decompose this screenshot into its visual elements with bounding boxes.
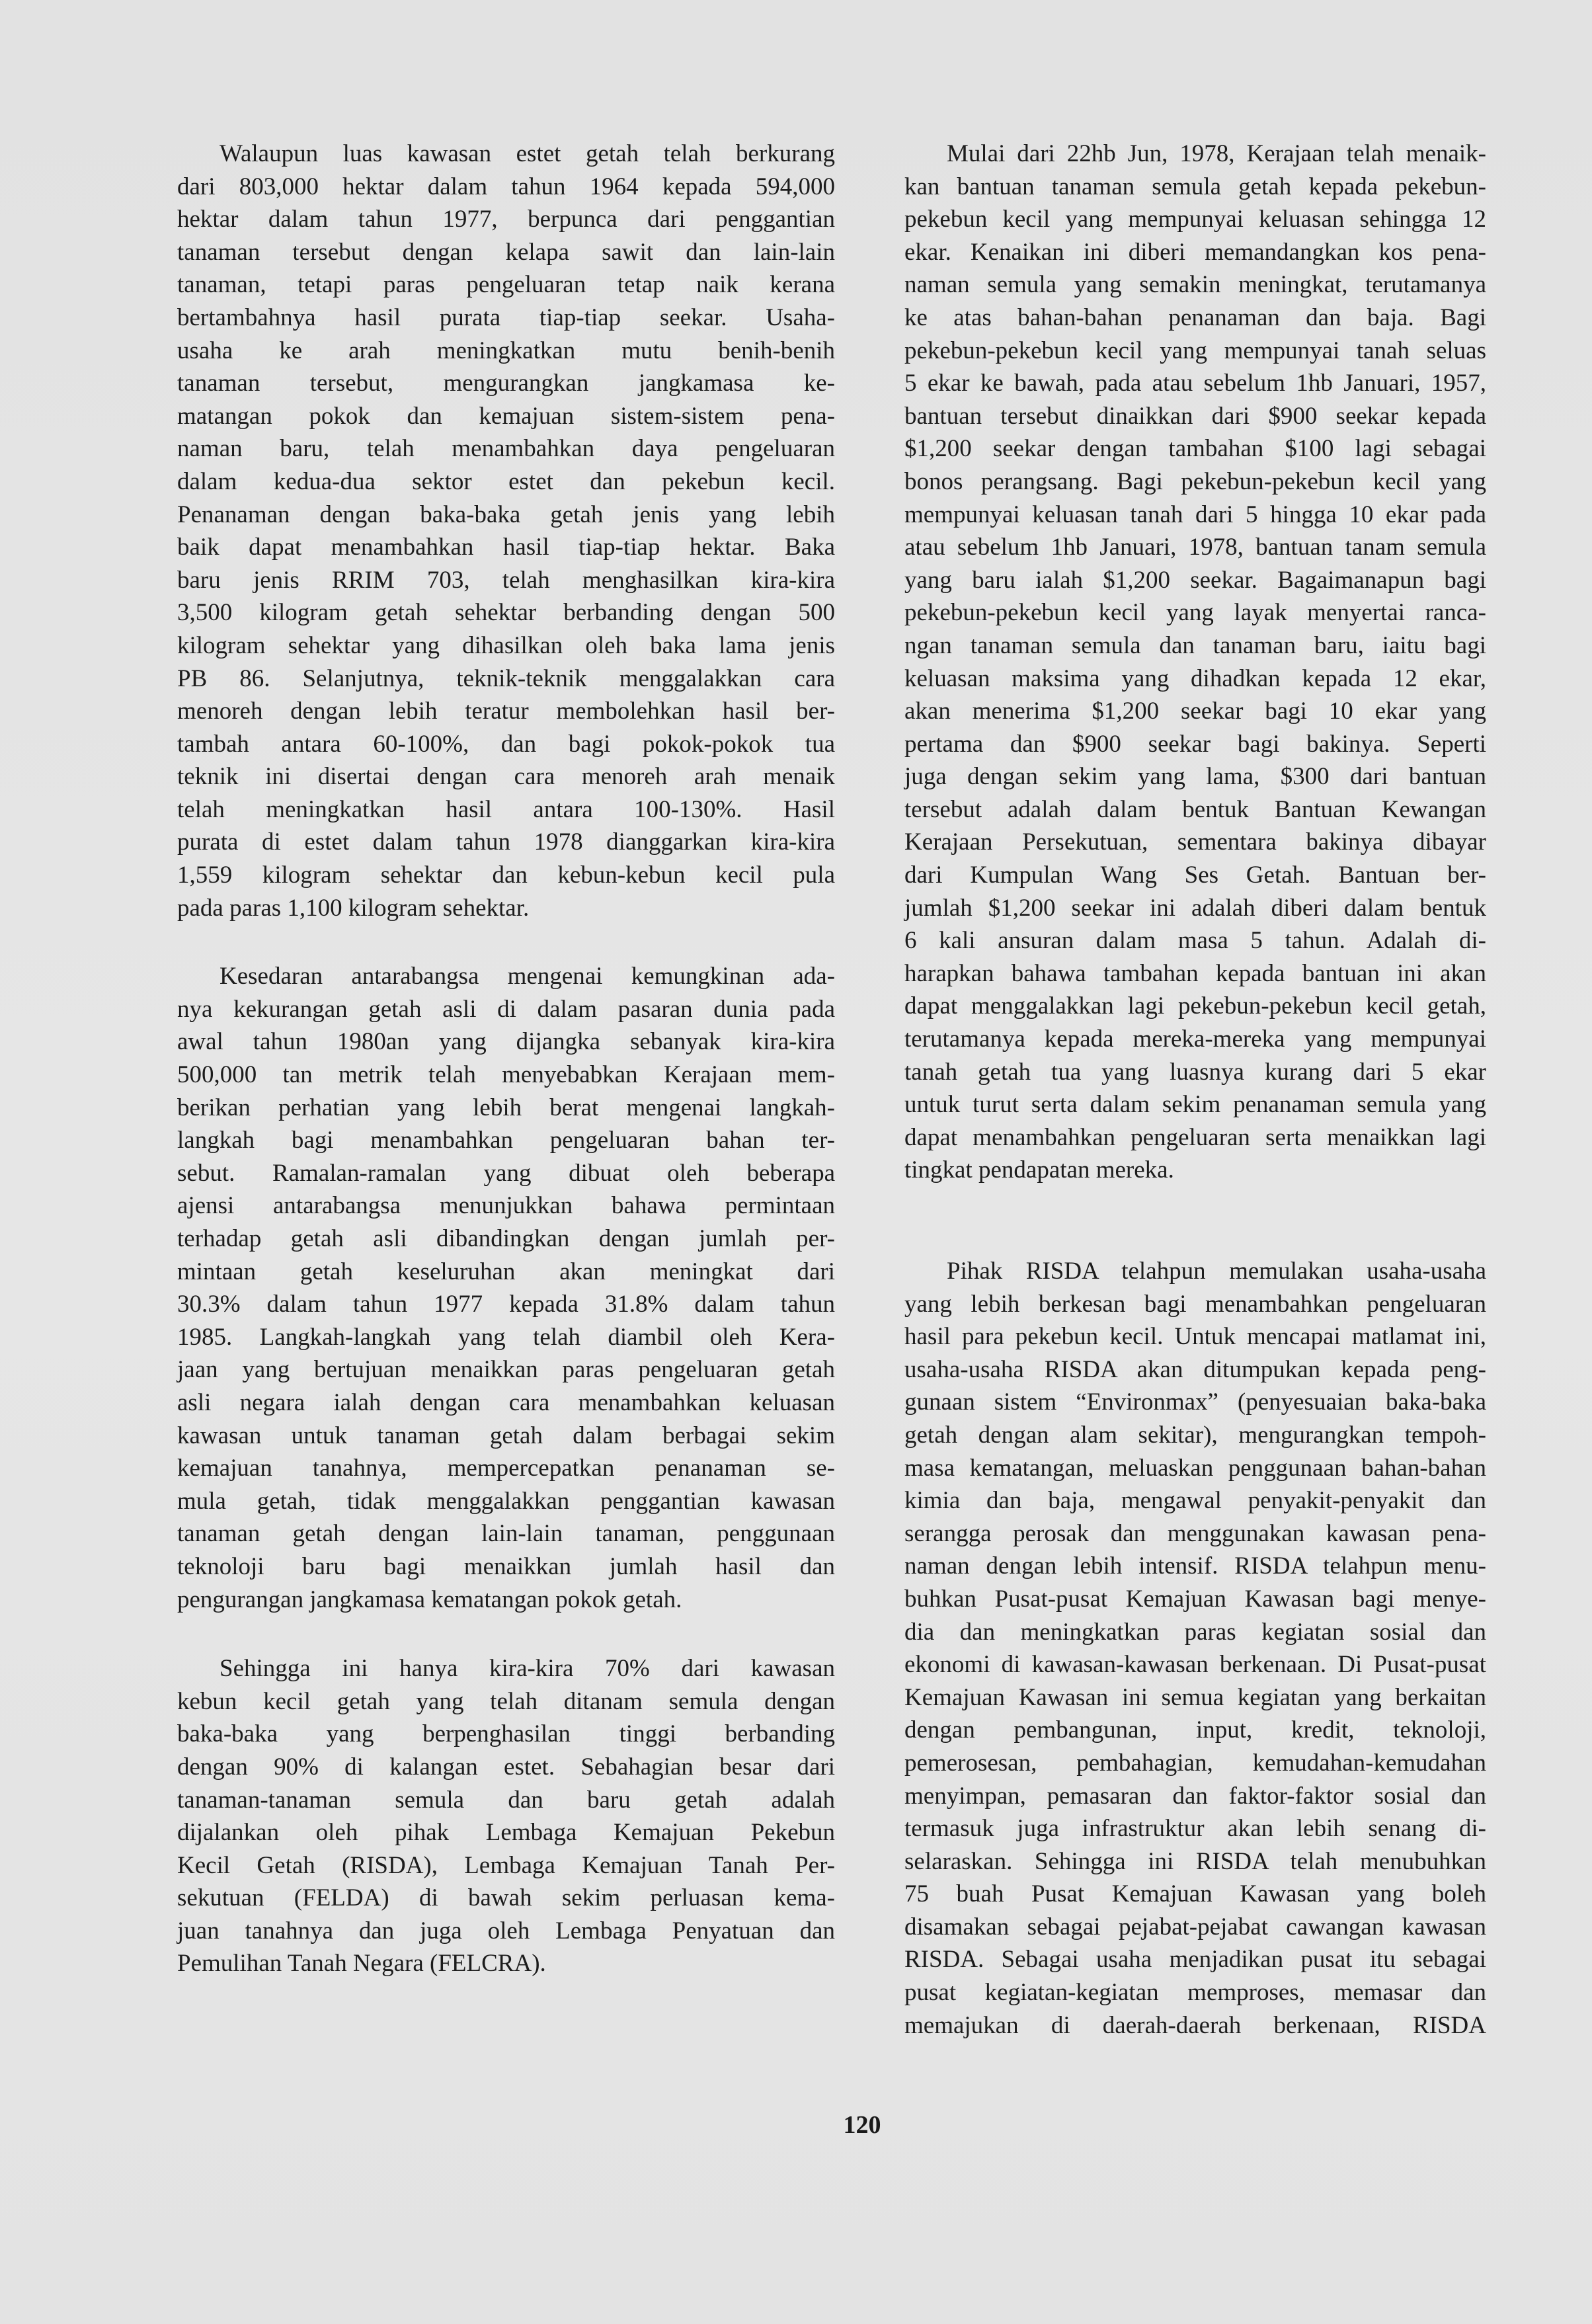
text-line: keluasan maksima yang dihadkan kepada 12… xyxy=(904,662,1486,696)
text-line: terhadap getah asli dibandingkan dengan … xyxy=(177,1222,835,1256)
paragraph-international-awareness: Kesedaran antarabangsa mengenai kemungki… xyxy=(177,960,835,1616)
text-line: terutamanya kepada mereka-mereka yang me… xyxy=(904,1023,1486,1056)
text-line: bonos perangsang. Bagi pekebun-pekebun k… xyxy=(904,465,1486,499)
text-line: dia dan meningkatkan paras kegiatan sosi… xyxy=(904,1616,1486,1649)
text-line: jaan yang bertujuan menaikkan paras peng… xyxy=(177,1353,835,1386)
text-line: naman semula yang semakin meningkat, ter… xyxy=(904,268,1486,301)
text-line: mintaan getah keseluruhan akan meningkat… xyxy=(177,1256,835,1289)
text-line: sebut. Ramalan-ramalan yang dibuat oleh … xyxy=(177,1157,835,1190)
text-line: pekebun kecil yang mempunyai keluasan se… xyxy=(904,203,1486,236)
paragraph-spacer xyxy=(177,1616,835,1652)
text-line: tanaman-tanaman semula dan baru getah ad… xyxy=(177,1784,835,1817)
text-line: kebun kecil getah yang telah ditanam sem… xyxy=(177,1685,835,1718)
text-line: serangga perosak dan menggunakan kawasan… xyxy=(904,1517,1486,1550)
text-line: kan bantuan tanaman semula getah kepada … xyxy=(904,171,1486,204)
text-line: 1,559 kilogram sehektar dan kebun-kebun … xyxy=(177,859,835,892)
paragraph-replanting-grant: Mulai dari 22hb Jun, 1978, Kerajaan tela… xyxy=(904,138,1486,1187)
text-line: dijalankan oleh pihak Lembaga Kemajuan P… xyxy=(177,1816,835,1849)
text-line: Kemajuan Kawasan ini semua kegiatan yang… xyxy=(904,1681,1486,1714)
text-line: termasuk juga infrastruktur akan lebih s… xyxy=(904,1812,1486,1845)
text-line: disamakan sebagai pejabat-pejabat cawang… xyxy=(904,1911,1486,1944)
text-line: ajensi antarabangsa menunjukkan bahawa p… xyxy=(177,1189,835,1222)
text-line: Penanaman dengan baka-baka getah jenis y… xyxy=(177,499,835,532)
text-line: tanaman tersebut, mengurangkan jangkamas… xyxy=(177,367,835,400)
text-line: kilogram sehektar yang dihasilkan oleh b… xyxy=(177,629,835,662)
text-line: naman dengan lebih intensif. RISDA telah… xyxy=(904,1550,1486,1583)
text-line: menoreh dengan lebih teratur membolehkan… xyxy=(177,695,835,728)
text-line: dengan pembangunan, input, kredit, tekno… xyxy=(904,1714,1486,1747)
page-number: 120 xyxy=(829,2110,895,2140)
text-line: buhkan Pusat-pusat Kemajuan Kawasan bagi… xyxy=(904,1583,1486,1616)
text-line: ekar. Kenaikan ini diberi memandangkan k… xyxy=(904,236,1486,269)
text-line: awal tahun 1980an yang dijangka sebanyak… xyxy=(177,1025,835,1059)
text-line: Kesedaran antarabangsa mengenai kemungki… xyxy=(177,960,835,993)
text-line: Pihak RISDA telahpun memulakan usaha-usa… xyxy=(904,1255,1486,1288)
text-line: teknik ini disertai dengan cara menoreh … xyxy=(177,760,835,793)
text-line: akan menerima $1,200 seekar bagi 10 ekar… xyxy=(904,695,1486,728)
text-line: PB 86. Selanjutnya, teknik-teknik mengga… xyxy=(177,662,835,696)
text-line: hasil para pekebun kecil. Untuk mencapai… xyxy=(904,1320,1486,1353)
text-line: sekutuan (FELDA) di bawah sekim perluasa… xyxy=(177,1882,835,1915)
left-column: Walaupun luas kawasan estet getah telah … xyxy=(177,138,835,1980)
text-line: Mulai dari 22hb Jun, 1978, Kerajaan tela… xyxy=(904,138,1486,171)
text-line: purata di estet dalam tahun 1978 diangga… xyxy=(177,826,835,859)
text-line: nya kekurangan getah asli di dalam pasar… xyxy=(177,993,835,1026)
text-line: 6 kali ansuran dalam masa 5 tahun. Adala… xyxy=(904,924,1486,957)
text-line: jumlah $1,200 seekar ini adalah diberi d… xyxy=(904,892,1486,925)
text-line: harapkan bahawa tambahan kepada bantuan … xyxy=(904,957,1486,990)
paragraph-estate-area: Walaupun luas kawasan estet getah telah … xyxy=(177,138,835,924)
text-line: bantuan tersebut dinaikkan dari $900 see… xyxy=(904,400,1486,433)
text-line: atau sebelum 1hb Januari, 1978, bantuan … xyxy=(904,531,1486,564)
text-line: baik dapat menambahkan hasil tiap-tiap h… xyxy=(177,531,835,564)
text-line: dapat menggalakkan lagi pekebun-pekebun … xyxy=(904,990,1486,1023)
text-line: pusat kegiatan-kegiatan memproses, memas… xyxy=(904,1976,1486,2009)
text-line: RISDA. Sebagai usaha menjadikan pusat it… xyxy=(904,1943,1486,1976)
text-line: tanaman getah dengan lain-lain tanaman, … xyxy=(177,1517,835,1550)
text-line: menyimpan, pemasaran dan faktor-faktor s… xyxy=(904,1780,1486,1813)
text-line: dalam kedua-dua sektor estet dan pekebun… xyxy=(177,465,835,499)
text-line: bertambahnya hasil purata tiap-tiap seek… xyxy=(177,301,835,335)
text-line: Sehingga ini hanya kira-kira 70% dari ka… xyxy=(177,1652,835,1685)
text-line: berikan perhatian yang lebih berat menge… xyxy=(177,1092,835,1125)
text-line: tanah getah tua yang luasnya kurang dari… xyxy=(904,1056,1486,1089)
text-line: asli negara ialah dengan cara menambahka… xyxy=(177,1386,835,1420)
text-line: masa kematangan, meluaskan penggunaan ba… xyxy=(904,1452,1486,1485)
text-line: pekebun-pekebun kecil yang mempunyai tan… xyxy=(904,335,1486,368)
text-line: matangan pokok dan kemajuan sistem-siste… xyxy=(177,400,835,433)
text-line: telah meningkatkan hasil antara 100-130%… xyxy=(177,793,835,826)
text-line: hektar dalam tahun 1977, berpunca dari p… xyxy=(177,203,835,236)
document-page: Walaupun luas kawasan estet getah telah … xyxy=(0,0,1592,2324)
text-line: getah dengan alam sekitar), mengurangkan… xyxy=(904,1419,1486,1452)
text-line: untuk turut serta dalam sekim penanaman … xyxy=(904,1088,1486,1121)
text-line: memajukan di daerah-daerah berkenaan, RI… xyxy=(904,2009,1486,2042)
text-line: ekonomi di kawasan-kawasan berkenaan. Di… xyxy=(904,1648,1486,1681)
text-line: mula getah, tidak menggalakkan pengganti… xyxy=(177,1485,835,1518)
text-line: 75 buah Pusat Kemajuan Kawasan yang bole… xyxy=(904,1878,1486,1911)
text-line: pengurangan jangkamasa kematangan pokok … xyxy=(177,1583,835,1617)
text-line: usaha-usaha RISDA akan ditumpukan kepada… xyxy=(904,1353,1486,1386)
text-line: langkah bagi menambahkan pengeluaran bah… xyxy=(177,1124,835,1157)
text-line: kemajuan tanahnya, mempercepatkan penana… xyxy=(177,1452,835,1485)
text-line: tanaman tersebut dengan kelapa sawit dan… xyxy=(177,236,835,269)
text-line: 30.3% dalam tahun 1977 kepada 31.8% dala… xyxy=(177,1288,835,1321)
text-line: tingkat pendapatan mereka. xyxy=(904,1154,1486,1187)
text-line: $1,200 seekar dengan tambahan $100 lagi … xyxy=(904,432,1486,465)
text-line: Pemulihan Tanah Negara (FELCRA). xyxy=(177,1947,835,1980)
text-line: ke atas bahan-bahan penanaman dan baja. … xyxy=(904,301,1486,335)
right-column: Mulai dari 22hb Jun, 1978, Kerajaan tela… xyxy=(904,138,1486,2042)
text-line: gunaan sistem “Environmax” (penyesuaian … xyxy=(904,1386,1486,1419)
text-line: yang lebih berkesan bagi menambahkan pen… xyxy=(904,1288,1486,1321)
text-line: kawasan untuk tanaman getah dalam berbag… xyxy=(177,1420,835,1453)
text-line: selaraskan. Sehingga ini RISDA telah men… xyxy=(904,1845,1486,1878)
text-line: baru jenis RRIM 703, telah menghasilkan … xyxy=(177,564,835,597)
text-line: 3,500 kilogram getah sehektar berbanding… xyxy=(177,596,835,629)
text-line: ngan tanaman semula dan tanaman baru, ia… xyxy=(904,629,1486,662)
text-line: dapat menambahkan pengeluaran serta mena… xyxy=(904,1121,1486,1154)
text-line: usaha ke arah meningkatkan mutu benih-be… xyxy=(177,335,835,368)
text-line: Kecil Getah (RISDA), Lembaga Kemajuan Ta… xyxy=(177,1849,835,1882)
paragraph-replanting-progress: Sehingga ini hanya kira-kira 70% dari ka… xyxy=(177,1652,835,1980)
text-line: mempunyai keluasan tanah dari 5 hingga 1… xyxy=(904,499,1486,532)
text-line: 500,000 tan metrik telah menyebabkan Ker… xyxy=(177,1059,835,1092)
text-line: yang baru ialah $1,200 seekar. Bagaimana… xyxy=(904,564,1486,597)
text-line: Kerajaan Persekutuan, sementara bakinya … xyxy=(904,826,1486,859)
text-line: juga dengan sekim yang lama, $300 dari b… xyxy=(904,760,1486,793)
text-line: pemerosesan, pembahagian, kemudahan-kemu… xyxy=(904,1747,1486,1780)
paragraph-spacer xyxy=(177,924,835,960)
text-line: 5 ekar ke bawah, pada atau sebelum 1hb J… xyxy=(904,367,1486,400)
text-line: kimia dan baja, mengawal penyakit-penyak… xyxy=(904,1484,1486,1517)
text-line: pertama dan $900 seekar bagi bakinya. Se… xyxy=(904,728,1486,761)
text-line: teknoloji baru bagi menaikkan jumlah has… xyxy=(177,1550,835,1583)
text-line: Walaupun luas kawasan estet getah telah … xyxy=(177,138,835,171)
text-line: baka-baka yang berpenghasilan tinggi ber… xyxy=(177,1718,835,1751)
text-line: tambah antara 60-100%, dan bagi pokok-po… xyxy=(177,728,835,761)
text-line: dari Kumpulan Wang Ses Getah. Bantuan be… xyxy=(904,859,1486,892)
text-line: pada paras 1,100 kilogram sehektar. xyxy=(177,892,835,925)
text-line: dengan 90% di kalangan estet. Sebahagian… xyxy=(177,1751,835,1784)
text-line: pekebun-pekebun kecil yang layak menyert… xyxy=(904,596,1486,629)
paragraph-risda-efforts: Pihak RISDA telahpun memulakan usaha-usa… xyxy=(904,1255,1486,2042)
text-line: dari 803,000 hektar dalam tahun 1964 kep… xyxy=(177,171,835,204)
text-line: tersebut adalah dalam bentuk Bantuan Kew… xyxy=(904,793,1486,826)
text-line: naman baru, telah menambahkan daya penge… xyxy=(177,432,835,465)
paragraph-spacer xyxy=(904,1187,1486,1255)
text-line: 1985. Langkah-langkah yang telah diambil… xyxy=(177,1321,835,1354)
text-line: tanaman, tetapi paras pengeluaran tetap … xyxy=(177,268,835,301)
text-line: juan tanahnya dan juga oleh Lembaga Peny… xyxy=(177,1915,835,1948)
